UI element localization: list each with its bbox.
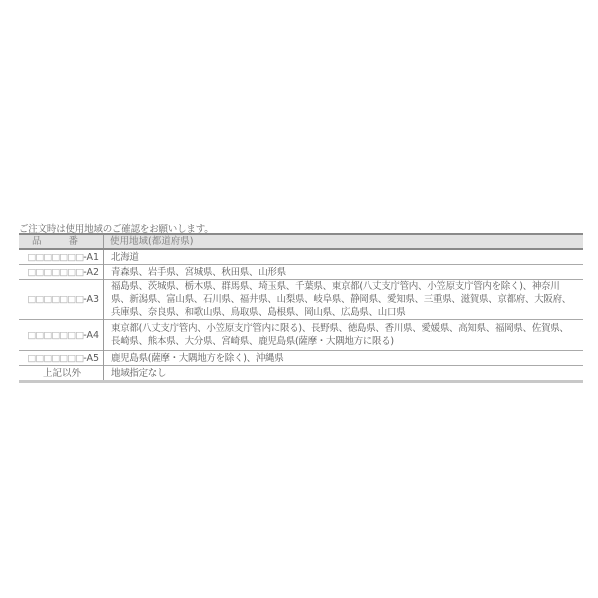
usage-area: 青森県、岩手県、宮城県、秋田県、山形県: [104, 265, 584, 280]
header-usage-area: 使用地域(都道府県): [104, 234, 584, 249]
table-row: □□□□□□□-A2 青森県、岩手県、宮城県、秋田県、山形県: [19, 265, 583, 280]
usage-area: 地域指定なし: [104, 366, 584, 382]
product-code: □□□□□□□-A5: [19, 351, 104, 366]
table-row: 上記以外 地域指定なし: [19, 366, 583, 382]
table-header-row: 品 番 使用地域(都道府県): [19, 234, 583, 249]
product-code: □□□□□□□-A4: [19, 320, 104, 351]
usage-area: 東京都(八丈支庁管内、小笠原支庁管内に限る)、長野県、徳島県、香川県、愛媛県、高…: [104, 320, 584, 351]
table-row: □□□□□□□-A4 東京都(八丈支庁管内、小笠原支庁管内に限る)、長野県、徳島…: [19, 320, 583, 351]
product-code: 上記以外: [19, 366, 104, 382]
table-row: □□□□□□□-A5 鹿児島県(薩摩・大隅地方を除く)、沖縄県: [19, 351, 583, 366]
product-code: □□□□□□□-A2: [19, 265, 104, 280]
usage-area: 鹿児島県(薩摩・大隅地方を除く)、沖縄県: [104, 351, 584, 366]
product-code: □□□□□□□-A3: [19, 280, 104, 320]
table-row: □□□□□□□-A1 北海道: [19, 249, 583, 265]
table-row: □□□□□□□-A3 福島県、茨城県、栃木県、群馬県、埼玉県、千葉県、東京都(八…: [19, 280, 583, 320]
usage-area: 北海道: [104, 249, 584, 265]
product-code: □□□□□□□-A1: [19, 249, 104, 265]
header-product-code: 品 番: [19, 234, 104, 249]
usage-area: 福島県、茨城県、栃木県、群馬県、埼玉県、千葉県、東京都(八丈支庁管内、小笠原支庁…: [104, 280, 584, 320]
region-table: 品 番 使用地域(都道府県) □□□□□□□-A1 北海道 □□□□□□□-A2…: [19, 233, 583, 383]
